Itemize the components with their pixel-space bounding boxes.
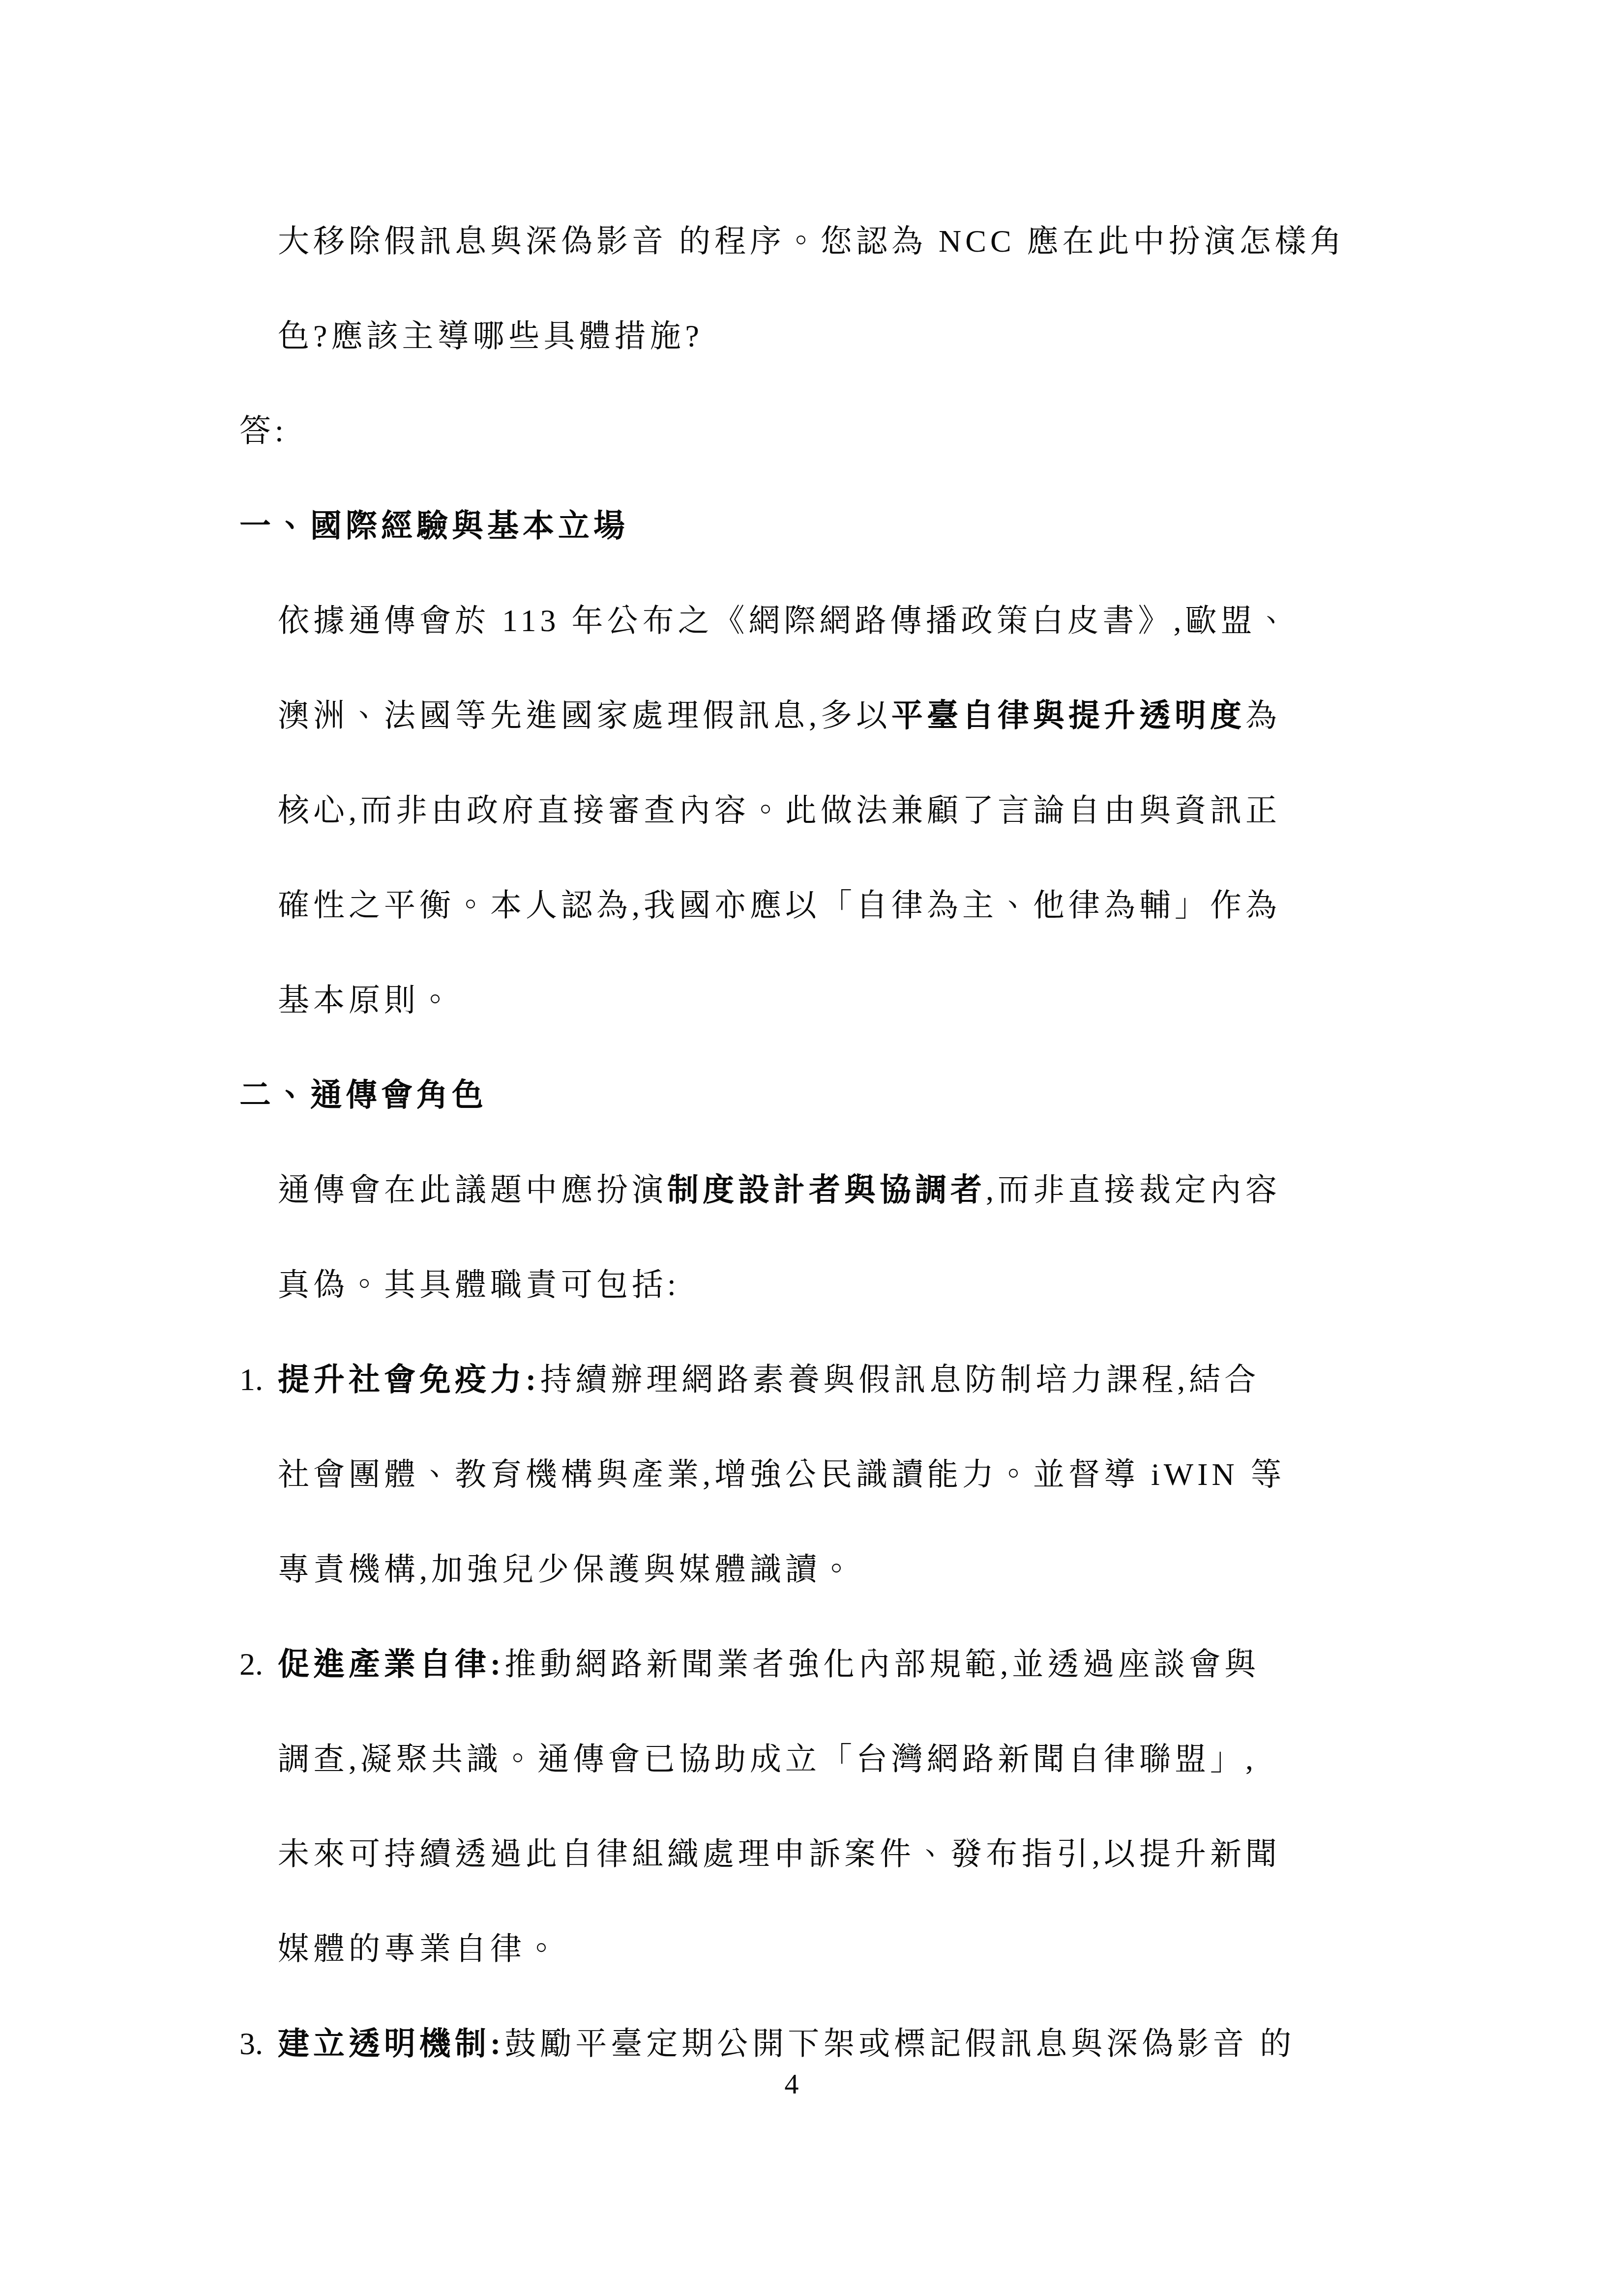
list-number: 2. (239, 1617, 278, 1712)
text-segment: 推動網路新聞業者強化內部規範,並透過座談會與 (504, 1647, 1260, 1682)
text-segment: 持續辦理網路素養與假訊息防制培力課程,結合 (540, 1362, 1260, 1397)
text-line: 1.提升社會免疫力:持續辦理網路素養與假訊息防制培力課程,結合 (0, 1332, 1624, 1427)
text-segment: 基本原則。 (278, 983, 455, 1017)
text-segment: 色?應該主導哪些具體措施? (278, 319, 703, 353)
text-line: 專責機構,加強兒少保護與媒體識讀。 (0, 1522, 1624, 1617)
text-segment: 依據通傳會於 113 年公布之《網際網路傳播政策白皮書》,歐盟、 (278, 603, 1292, 638)
text-segment: 為 (1245, 698, 1281, 733)
text-segment: ,而非直接裁定內容 (986, 1172, 1281, 1207)
text-line: 色?應該主導哪些具體措施? (0, 289, 1624, 383)
text-segment: 媒體的專業自律。 (278, 1931, 561, 1966)
text-line: 核心,而非由政府直接審查內容。此做法兼顧了言論自由與資訊正 (0, 763, 1624, 858)
text-segment: 專責機構,加強兒少保護與媒體識讀。 (278, 1552, 856, 1587)
text-segment: 核心,而非由政府直接審查內容。此做法兼顧了言論自由與資訊正 (278, 793, 1281, 828)
text-line: 澳洲、法國等先進國家處理假訊息,多以平臺自律與提升透明度為 (0, 668, 1624, 763)
text-segment: 調查,凝聚共識。通傳會已協助成立「台灣網路新聞自律聯盟」, (278, 1742, 1257, 1776)
text-segment: 未來可持續透過此自律組織處理申訴案件、發布指引,以提升新聞 (278, 1836, 1281, 1871)
emphasis-text: 制度設計者與協調者 (667, 1172, 986, 1207)
text-line: 2.促進產業自律:推動網路新聞業者強化內部規範,並透過座談會與 (0, 1617, 1624, 1712)
document-page: 大移除假訊息與深偽影音 的程序。您認為 NCC 應在此中扮演怎樣角色?應該主導哪… (0, 0, 1624, 2296)
text-segment: 真偽。其具體職責可包括: (278, 1267, 680, 1302)
text-line: 答: (0, 383, 1624, 478)
text-segment: 答: (239, 413, 288, 448)
text-segment: 通傳會在此議題中應扮演 (278, 1172, 667, 1207)
text-line: 一、國際經驗與基本立場 (0, 478, 1624, 573)
document-body: 大移除假訊息與深偽影音 的程序。您認為 NCC 應在此中扮演怎樣角色?應該主導哪… (0, 194, 1624, 2091)
text-line: 通傳會在此議題中應扮演制度設計者與協調者,而非直接裁定內容 (0, 1142, 1624, 1237)
emphasis-text: 促進產業自律: (278, 1647, 504, 1682)
text-line: 二、通傳會角色 (0, 1047, 1624, 1142)
text-line: 調查,凝聚共識。通傳會已協助成立「台灣網路新聞自律聯盟」, (0, 1712, 1624, 1806)
text-segment: 大移除假訊息與深偽影音 的程序。您認為 NCC 應在此中扮演怎樣角 (278, 224, 1346, 259)
emphasis-text: 提升社會免疫力: (278, 1362, 540, 1397)
emphasis-text: 平臺自律與提升透明度 (891, 698, 1245, 733)
text-line: 社會團體、教育機構與產業,增強公民識讀能力。並督導 iWIN 等 (0, 1427, 1624, 1522)
text-line: 媒體的專業自律。 (0, 1901, 1624, 1996)
text-segment: 澳洲、法國等先進國家處理假訊息,多以 (278, 698, 891, 733)
emphasis-text: 一、國際經驗與基本立場 (239, 508, 629, 543)
text-line: 依據通傳會於 113 年公布之《網際網路傳播政策白皮書》,歐盟、 (0, 573, 1624, 668)
text-line: 真偽。其具體職責可包括: (0, 1237, 1624, 1332)
text-segment: 確性之平衡。本人認為,我國亦應以「自律為主、他律為輔」作為 (278, 888, 1281, 923)
page-number: 4 (0, 2056, 1583, 2112)
list-number: 1. (239, 1332, 278, 1427)
text-line: 基本原則。 (0, 953, 1624, 1047)
text-segment: 社會團體、教育機構與產業,增強公民識讀能力。並督導 iWIN 等 (278, 1457, 1286, 1492)
text-line: 未來可持續透過此自律組織處理申訴案件、發布指引,以提升新聞 (0, 1806, 1624, 1901)
text-line: 大移除假訊息與深偽影音 的程序。您認為 NCC 應在此中扮演怎樣角 (0, 194, 1624, 289)
text-line: 確性之平衡。本人認為,我國亦應以「自律為主、他律為輔」作為 (0, 858, 1624, 953)
emphasis-text: 二、通傳會角色 (239, 1077, 487, 1112)
